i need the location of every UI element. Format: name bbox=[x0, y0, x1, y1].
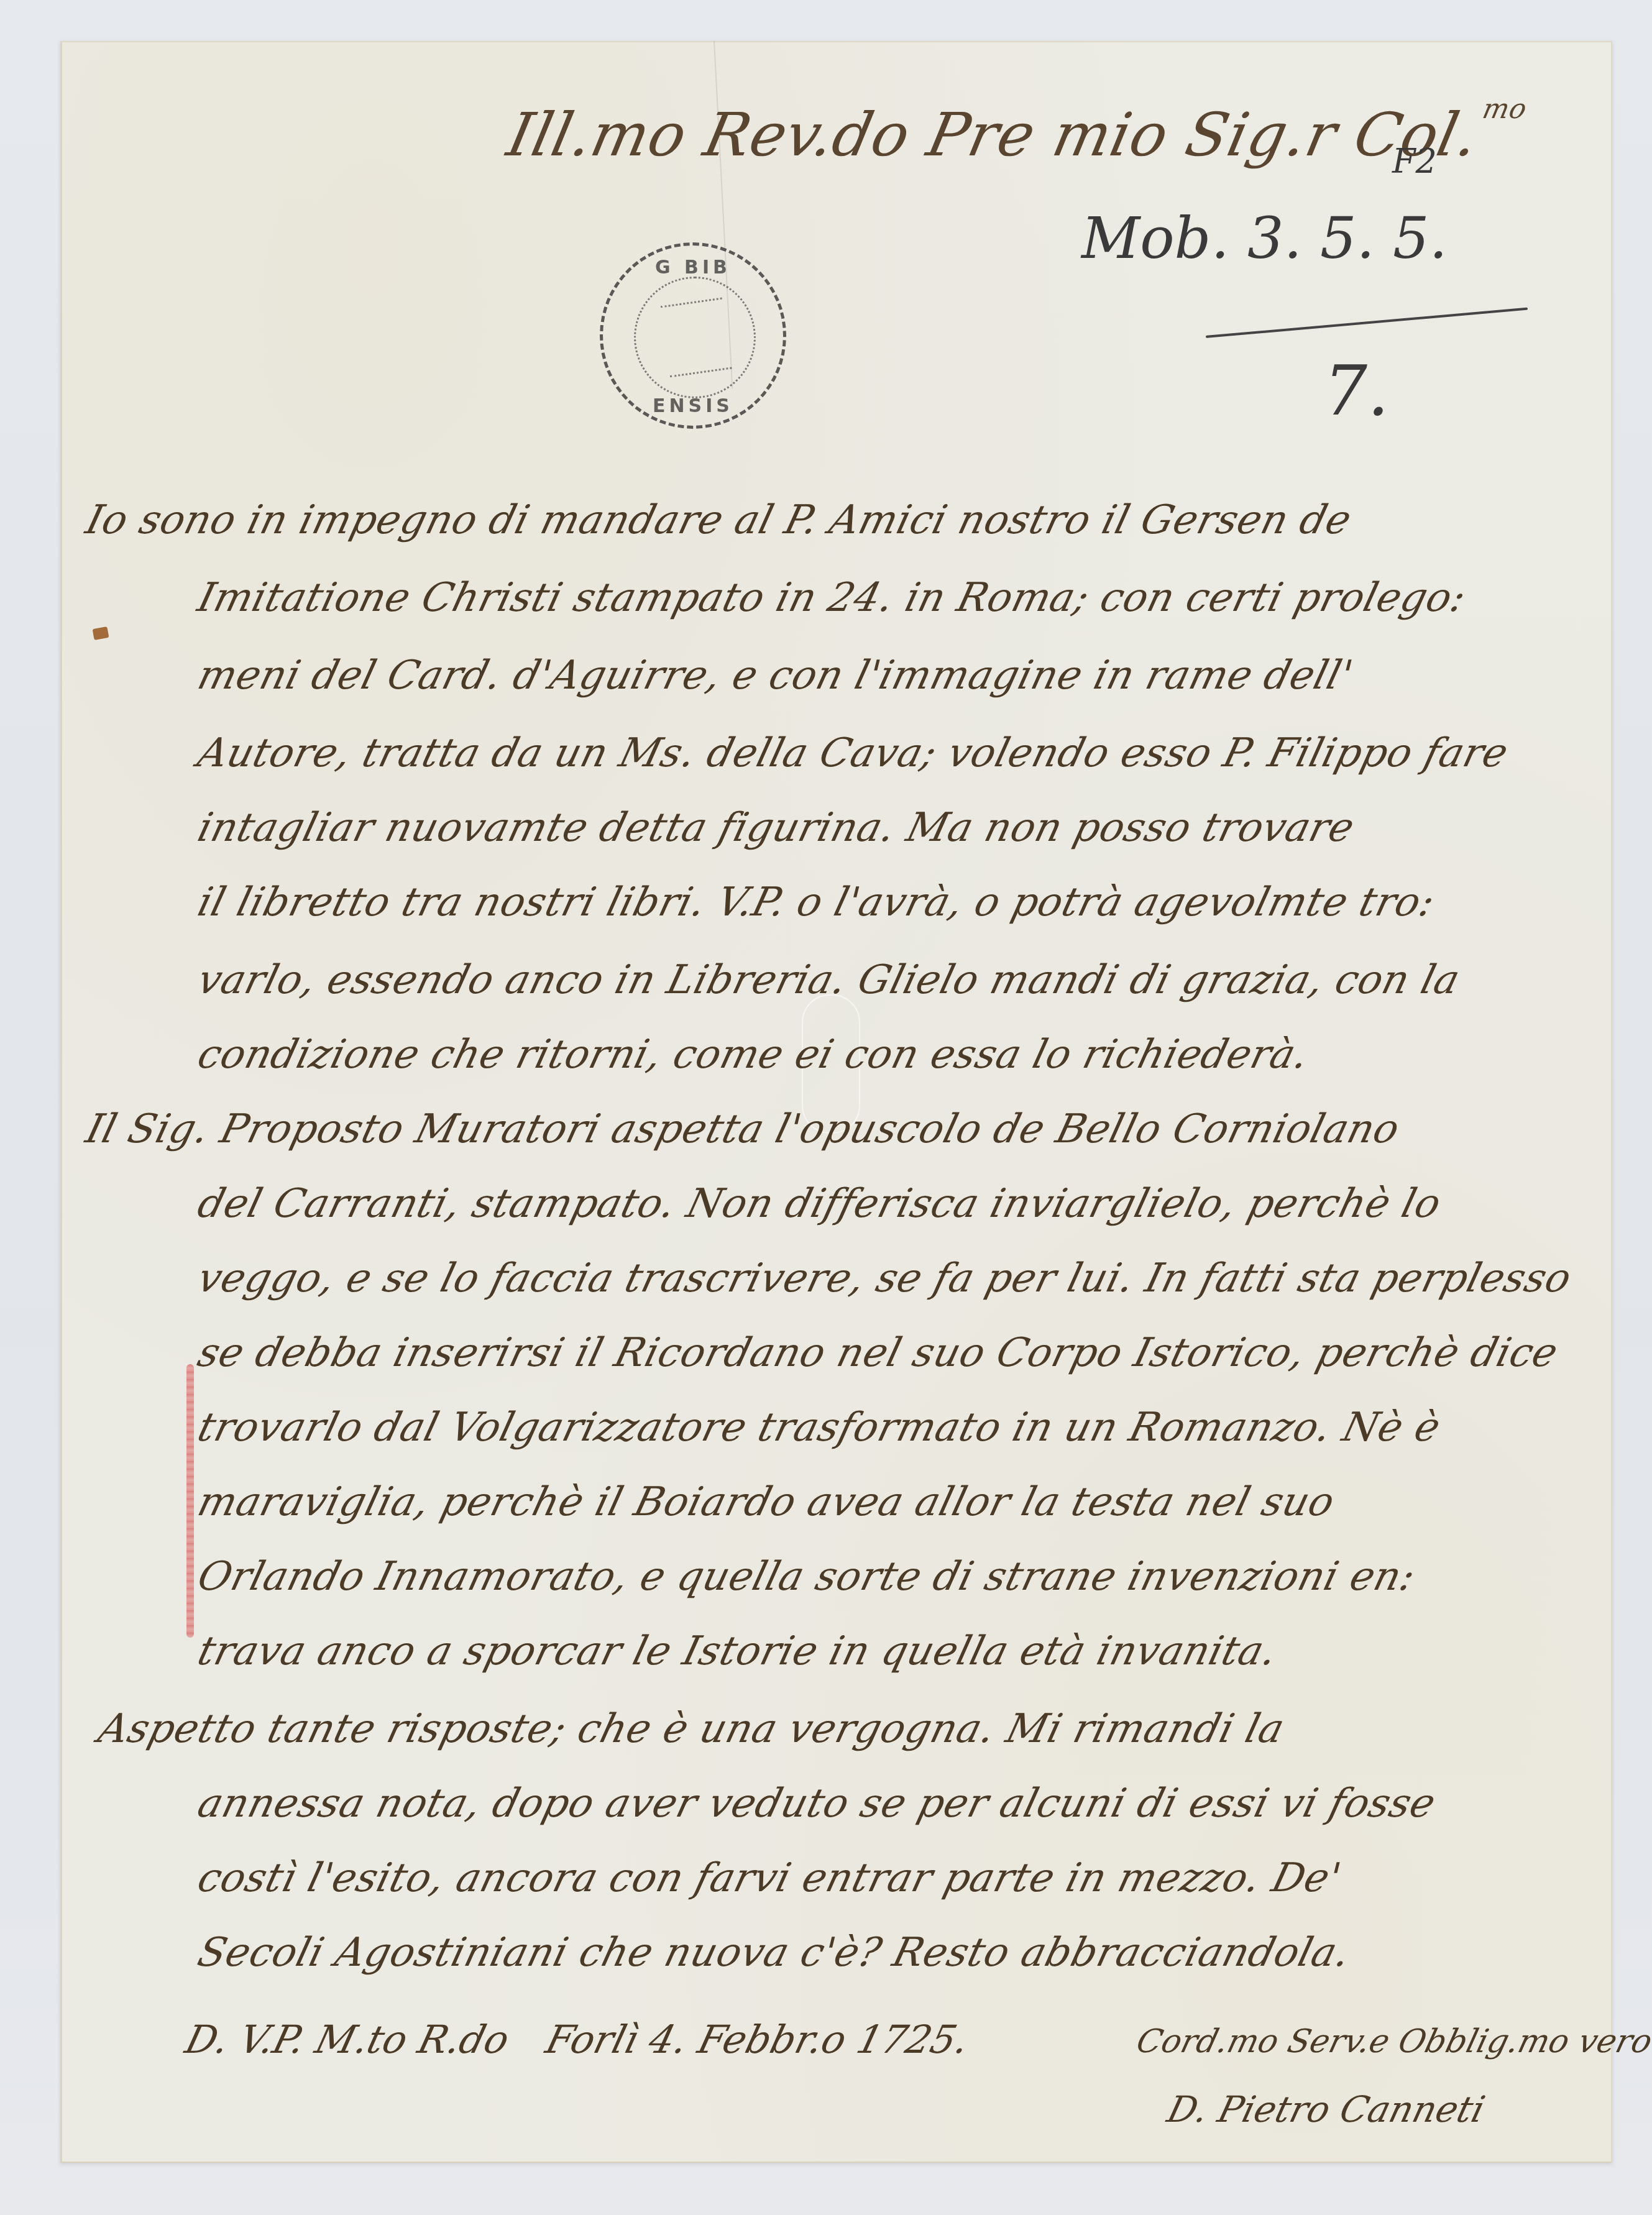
body-line: Imitatione Christi stampato in 24. in Ro… bbox=[193, 575, 1471, 621]
body-line: veggo, e se lo faccia trascrivere, se fa… bbox=[193, 1255, 1576, 1301]
body-line: condizione che ritorni, come ei con essa… bbox=[193, 1032, 1313, 1078]
shelfmark-denominator: 7. bbox=[1324, 351, 1389, 431]
body-line: il libretto tra nostri libri. V.P. o l'a… bbox=[193, 879, 1439, 925]
body-line: se debba inserirsi il Ricordano nel suo … bbox=[193, 1330, 1563, 1376]
shelfmark-superscript: F2 bbox=[1392, 142, 1437, 181]
body-line: meni del Card. d'Aguirre, e con l'immagi… bbox=[193, 653, 1357, 699]
body-line: Io sono in impegno di mandare al P. Amic… bbox=[81, 497, 1356, 543]
crest-icon bbox=[660, 298, 732, 378]
stamp-bottom-text: ENSIS bbox=[603, 395, 783, 417]
body-line: Autore, tratta da un Ms. della Cava; vol… bbox=[193, 730, 1513, 776]
body-line: intagliar nuovamte detta figurina. Ma no… bbox=[193, 805, 1359, 851]
signature-name: D. Pietro Canneti bbox=[1163, 2088, 1489, 2130]
body-line: trava anco a sporcar le Istorie in quell… bbox=[193, 1628, 1282, 1674]
place-date: Forlì 4. Febbr.o 1725. bbox=[541, 2017, 974, 2062]
salutation-text: Ill.mo Rev.do Pre mio Sig.r Col. bbox=[502, 100, 1485, 170]
salutation-superscript: mo bbox=[1480, 93, 1530, 125]
body-line: trovarlo dal Volgarizzatore trasformato … bbox=[193, 1405, 1445, 1451]
red-margin-mark bbox=[186, 1364, 194, 1638]
body-line: Il Sig. Proposto Muratori aspetta l'opus… bbox=[81, 1106, 1405, 1152]
body-line: varlo, essendo anco in Libreria. Glielo … bbox=[193, 957, 1465, 1003]
stamp-top-text: G BIB bbox=[603, 257, 783, 278]
shelfmark: Mob. 3. 5. 5. bbox=[1081, 205, 1448, 272]
body-line: annessa nota, dopo aver veduto se per al… bbox=[193, 1781, 1441, 1827]
body-line: Secoli Agostiniani che nuova c'è? Resto … bbox=[193, 1930, 1355, 1976]
body-line: maraviglia, perchè il Boiardo avea allor… bbox=[193, 1479, 1339, 1525]
library-stamp: G BIB ENSIS bbox=[600, 242, 786, 429]
closing-address: D. V.P. M.to R.do bbox=[181, 2017, 514, 2062]
body-line: Aspetto tante risposte; che è una vergog… bbox=[94, 1706, 1289, 1752]
body-line: del Carranti, stampato. Non differisca i… bbox=[193, 1181, 1446, 1227]
body-line: Orlando Innamorato, e quella sorte di st… bbox=[193, 1554, 1420, 1600]
salutation: Ill.mo Rev.do Pre mio Sig.r Col.mo bbox=[502, 93, 1530, 170]
signature-complimentary: Cord.mo Serv.e Obblig.mo vero bbox=[1133, 2023, 1652, 2060]
body-line: costì l'esito, ancora con farvi entrar p… bbox=[193, 1855, 1346, 1901]
